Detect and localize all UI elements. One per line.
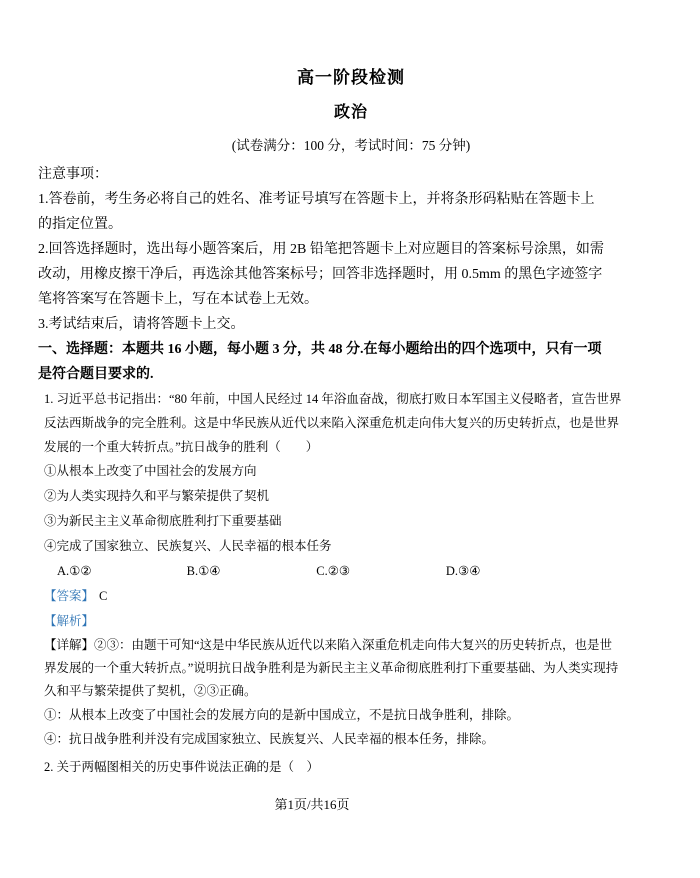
- notice-line-5: 笔将答案写在答题卡上，写在本试卷上无效。: [38, 287, 664, 312]
- question-2-stem: 2. 关于两幅图相关的历史事件说法正确的是（ ）: [44, 755, 664, 779]
- answer-label: 【答案】: [44, 589, 94, 603]
- section-heading-line-2: 是符合题目要求的.: [38, 362, 664, 387]
- choice-a: A.①②: [57, 559, 184, 584]
- notice-line-2: 的指定位置。: [38, 212, 664, 237]
- notice-line-6: 3.考试结束后，请将答题卡上交。: [38, 312, 664, 337]
- notice-heading: 注意事项：: [38, 162, 664, 187]
- page-number-indicator: 第1页/共16页: [0, 794, 662, 813]
- choice-b: B.①④: [187, 559, 314, 584]
- analysis-label: 【解析】: [44, 614, 94, 628]
- analysis-line: 【解析】: [44, 609, 664, 634]
- question-1-stem-line-3: 发展的一个重大转折点。”抗日战争的胜利（ ）: [44, 435, 664, 459]
- question-1: 1. 习近平总书记指出：“80 年前，中国人民经过 14 年浴血奋战，彻底打败日…: [38, 387, 664, 779]
- detail-line-3: 久和平与繁荣提供了契机，②③正确。: [44, 680, 664, 703]
- choice-c: C.②③: [316, 559, 443, 584]
- question-1-statement-2: ②为人类实现持久和平与繁荣提供了契机: [44, 484, 664, 509]
- exam-paper-page: 高一阶段检测 政治 (试卷满分：100 分，考试时间：75 分钟) 注意事项： …: [0, 0, 700, 878]
- detail-line-1: 【详解】②③：由题干可知“这是中华民族从近代以来陷入深重危机走向伟大复兴的历史转…: [44, 634, 664, 657]
- question-1-statement-4: ④完成了国家独立、民族复兴、人民幸福的根本任务: [44, 534, 664, 559]
- question-1-stem-line-1: 1. 习近平总书记指出：“80 年前，中国人民经过 14 年浴血奋战，彻底打败日…: [44, 387, 664, 411]
- notice-line-4: 改动，用橡皮擦干净后，再选涂其他答案标号；回答非选择题时，用 0.5mm 的黑色…: [38, 262, 664, 287]
- answer-line: 【答案】C: [44, 584, 664, 609]
- question-1-statement-3: ③为新民主主义革命彻底胜利打下重要基础: [44, 509, 664, 534]
- page-content: 高一阶段检测 政治 (试卷满分：100 分，考试时间：75 分钟) 注意事项： …: [0, 0, 700, 779]
- detail-line-2: 界发展的一个重大转折点。”说明抗日战争胜利是为新民主主义革命彻底胜利打下重要基础…: [44, 657, 664, 680]
- question-1-choices: A.①② B.①④ C.②③ D.③④: [44, 559, 664, 584]
- elimination-2: ④：抗日战争胜利并没有完成国家独立、民族复兴、人民幸福的根本任务，排除。: [44, 728, 664, 751]
- answer-value: C: [99, 589, 107, 603]
- section-heading-line-1: 一、选择题：本题共 16 小题，每小题 3 分，共 48 分.在每小题给出的四个…: [38, 337, 664, 362]
- exam-meta: (试卷满分：100 分，考试时间：75 分钟): [38, 136, 664, 156]
- question-1-statement-1: ①从根本上改变了中国社会的发展方向: [44, 459, 664, 484]
- subject-title: 政治: [38, 102, 664, 124]
- notice-line-3: 2.回答选择题时，选出每小题答案后，用 2B 铅笔把答题卡上对应题目的答案标号涂…: [38, 237, 664, 262]
- notice-block: 注意事项： 1.答卷前，考生务必将自己的姓名、准考证号填写在答题卡上，并将条形码…: [38, 162, 664, 337]
- question-1-stem-line-2: 反法西斯战争的完全胜利。这是中华民族从近代以来陷入深重危机走向伟大复兴的历史转折…: [44, 411, 664, 435]
- choice-d: D.③④: [446, 559, 573, 584]
- notice-line-1: 1.答卷前，考生务必将自己的姓名、准考证号填写在答题卡上，并将条形码粘贴在答题卡…: [38, 187, 664, 212]
- exam-title: 高一阶段检测: [38, 66, 664, 90]
- elimination-1: ①：从根本上改变了中国社会的发展方向的是新中国成立，不是抗日战争胜利，排除。: [44, 703, 664, 728]
- section-heading: 一、选择题：本题共 16 小题，每小题 3 分，共 48 分.在每小题给出的四个…: [38, 337, 664, 387]
